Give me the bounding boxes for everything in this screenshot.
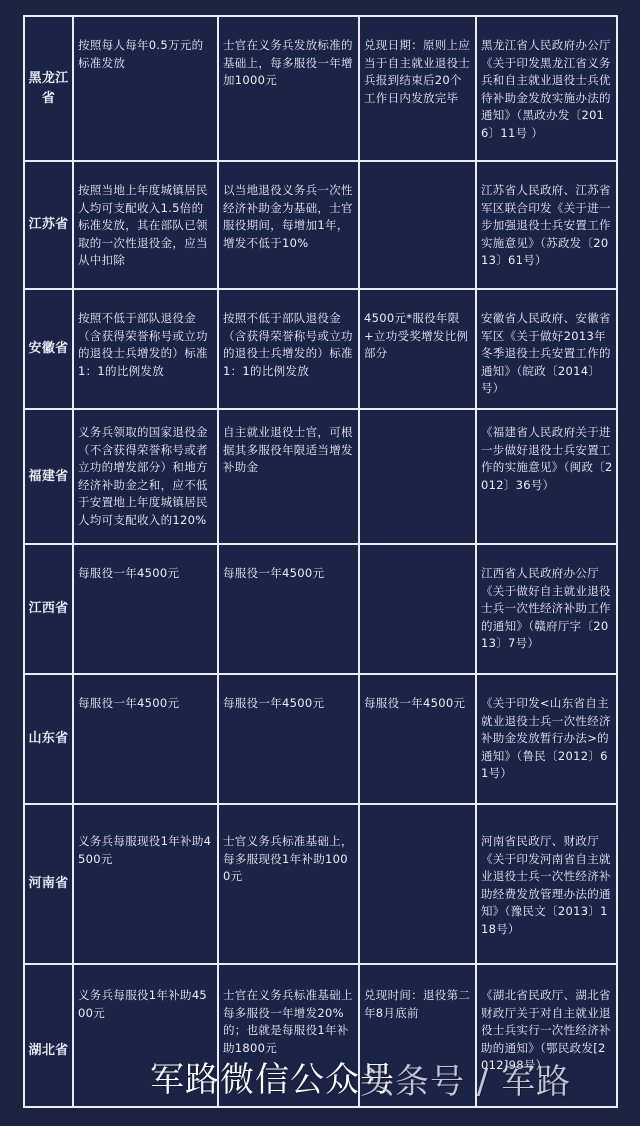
payment-timing-cell	[359, 544, 476, 674]
conscript-standard-cell: 每服役一年4500元	[73, 674, 218, 804]
conscript-standard-cell: 义务兵每服现役1年补助4500元	[73, 804, 218, 964]
table-row-henan: 河南省 义务兵每服现役1年补助4500元 士官义务兵标准基础上，每多服现役1年补…	[24, 804, 617, 964]
subsidy-table-container: 黑龙江省 按照每人每年0.5万元的标准发放 士官在义务兵发放标准的基础上，每多服…	[23, 15, 616, 1106]
payment-timing-cell	[359, 804, 476, 964]
conscript-standard-cell: 按照每人每年0.5万元的标准发放	[73, 16, 218, 161]
conscript-standard-cell: 义务兵领取的国家退役金（不含获得荣誉称号或者立功的增发部分）和地方经济补助金之和…	[73, 409, 218, 544]
policy-document-cell: 黑龙江省人民政府办公厅《关于印发黑龙江省义务兵和自主就业退役士兵优待补助金发放实…	[476, 16, 617, 161]
table-row-shandong: 山东省 每服役一年4500元 每服役一年4500元 每服役一年4500元 《关于…	[24, 674, 617, 804]
table-row-jiangsu: 江苏省 按照当地上年度城镇居民人均可支配收入1.5倍的标准发放，其在部队已领取的…	[24, 161, 617, 289]
policy-document-cell: 江西省人民政府办公厅《关于做好自主就业退役士兵一次性经济补助工作的通知》（赣府厅…	[476, 544, 617, 674]
nco-standard-cell: 以当地退役义务兵一次性经济补助金为基础，士官服役期间，每增加1年，增发不低于10…	[218, 161, 359, 289]
payment-timing-cell	[359, 161, 476, 289]
payment-timing-cell	[359, 409, 476, 544]
nco-standard-cell: 士官在义务兵标准基础上每多服役一年增发20%的；也就是每服役1年补助1800元	[218, 964, 359, 1107]
nco-standard-cell: 士官在义务兵发放标准的基础上，每多服役一年增加1000元	[218, 16, 359, 161]
policy-document-cell: 《湖北省民政厅、湖北省财政厅关于对自主就业退役士兵实行一次性经济补助的通知》（鄂…	[476, 964, 617, 1107]
policy-document-cell: 江苏省人民政府、江苏省军区联合印发《关于进一步加强退役士兵安置工作实施意见》（苏…	[476, 161, 617, 289]
table-row-heilongjiang: 黑龙江省 按照每人每年0.5万元的标准发放 士官在义务兵发放标准的基础上，每多服…	[24, 16, 617, 161]
conscript-standard-cell: 按照当地上年度城镇居民人均可支配收入1.5倍的标准发放，其在部队已领取的一次性退…	[73, 161, 218, 289]
nco-standard-cell: 士官义务兵标准基础上，每多服现役1年补助1000元	[218, 804, 359, 964]
province-cell: 江苏省	[24, 161, 73, 289]
province-cell: 安徽省	[24, 289, 73, 409]
province-cell: 黑龙江省	[24, 16, 73, 161]
table-row-fujian: 福建省 义务兵领取的国家退役金（不含获得荣誉称号或者立功的增发部分）和地方经济补…	[24, 409, 617, 544]
table-row-jiangxi: 江西省 每服役一年4500元 每服役一年4500元 江西省人民政府办公厅《关于做…	[24, 544, 617, 674]
payment-timing-cell: 4500元*服役年限+立功受奖增发比例部分	[359, 289, 476, 409]
veteran-subsidy-table: 黑龙江省 按照每人每年0.5万元的标准发放 士官在义务兵发放标准的基础上，每多服…	[23, 15, 618, 1108]
policy-document-cell: 河南省民政厅、财政厅《关于印发河南省自主就业退役士兵一次性经济补助经费发放管理办…	[476, 804, 617, 964]
table-row-hubei: 湖北省 义务兵每服役1年补助4500元 士官在义务兵标准基础上每多服役一年增发2…	[24, 964, 617, 1107]
payment-timing-cell: 每服役一年4500元	[359, 674, 476, 804]
nco-standard-cell: 每服役一年4500元	[218, 544, 359, 674]
policy-document-cell: 《福建省人民政府关于进一步做好退役士兵安置工作的实施意见》（闽政〔2012〕36…	[476, 409, 617, 544]
nco-standard-cell: 每服役一年4500元	[218, 674, 359, 804]
province-cell: 湖北省	[24, 964, 73, 1107]
policy-document-cell: 安徽省人民政府、安徽省军区《关于做好2013年冬季退役士兵安置工作的通知》（皖政…	[476, 289, 617, 409]
province-cell: 河南省	[24, 804, 73, 964]
conscript-standard-cell: 按照不低于部队退役金（含获得荣誉称号或立功的退役士兵增发的）标准1：1的比例发放	[73, 289, 218, 409]
conscript-standard-cell: 每服役一年4500元	[73, 544, 218, 674]
payment-timing-cell: 兑现时间：退役第二年8月底前	[359, 964, 476, 1107]
payment-timing-cell: 兑现日期：原则上应当于自主就业退役士兵报到结束后20个工作日内发放完毕	[359, 16, 476, 161]
province-cell: 福建省	[24, 409, 73, 544]
province-cell: 江西省	[24, 544, 73, 674]
nco-standard-cell: 自主就业退役士官，可根据其多服役年限适当增发补助金	[218, 409, 359, 544]
table-row-anhui: 安徽省 按照不低于部队退役金（含获得荣誉称号或立功的退役士兵增发的）标准1：1的…	[24, 289, 617, 409]
nco-standard-cell: 按照不低于部队退役金（含获得荣誉称号或立功的退役士兵增发的）标准1：1的比例发放	[218, 289, 359, 409]
policy-document-cell: 《关于印发<山东省自主就业退役士兵一次性经济补助金发放暂行办法>的通知》（鲁民〔…	[476, 674, 617, 804]
conscript-standard-cell: 义务兵每服役1年补助4500元	[73, 964, 218, 1107]
province-cell: 山东省	[24, 674, 73, 804]
